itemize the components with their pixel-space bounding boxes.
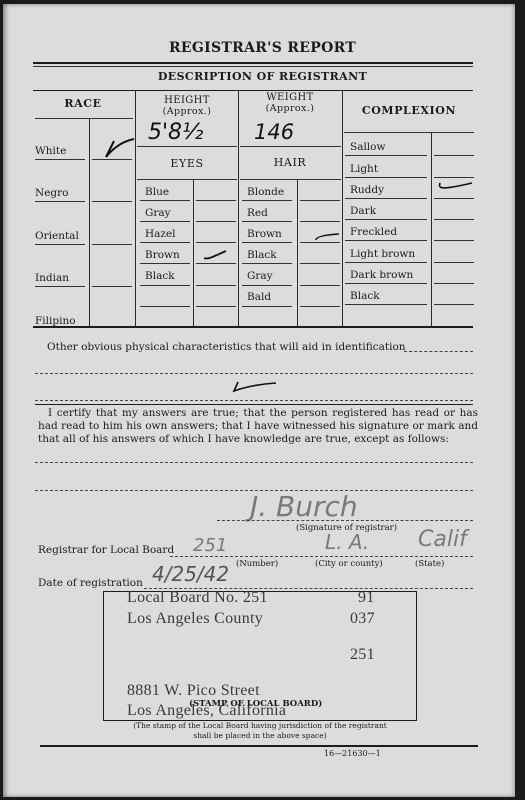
complexion-option-sallow: Sallow (350, 141, 385, 153)
stamp-line-2: Los Angeles County (127, 610, 263, 628)
complexion-check-rule (434, 198, 474, 199)
state-caption: (State) (415, 559, 444, 569)
eyes-header: EYES (137, 157, 237, 170)
section-subtitle: DESCRIPTION OF REGISTRANT (0, 70, 525, 83)
hair-row-rule (242, 221, 292, 222)
eyes-row-rule (140, 200, 190, 201)
eyes-header-rule (137, 179, 237, 180)
table-top-rule (33, 90, 473, 91)
complexion-row-rule (345, 198, 427, 199)
title-rule-bottom (33, 66, 473, 67)
eyes-row-rule (140, 306, 190, 307)
complexion-check-rule (434, 240, 474, 241)
height-sub: (Approx.) (137, 106, 237, 117)
section-rule (35, 404, 473, 405)
hair-check-rule (300, 221, 340, 222)
complexion-option-black: Black (350, 290, 380, 302)
complexion-row-rule (345, 219, 427, 220)
divider-weight-complexion (342, 90, 343, 326)
complexion-header-rule (344, 132, 474, 133)
other-characteristics-line[interactable] (35, 373, 473, 374)
race-check-rule (92, 286, 132, 287)
race-row-rule (35, 159, 85, 160)
local-board-label: Registrar for Local Board (38, 544, 174, 557)
race-option-oriental: Oriental (35, 230, 79, 242)
stamp-code-1: 91 (358, 589, 375, 607)
divider-complexion-check (431, 132, 432, 326)
complexion-row-rule (345, 283, 427, 284)
eyes-option-black: Black (145, 270, 175, 282)
weight-value-rule (240, 146, 341, 147)
weight-header: WEIGHT (240, 92, 340, 103)
complexion-option-light-brown: Light brown (350, 248, 415, 260)
height-value-rule (137, 146, 237, 147)
eyes-check-rule (196, 221, 236, 222)
eyes-row-rule (140, 221, 190, 222)
complexion-row-rule (345, 155, 427, 156)
stamp-line-1: Local Board No. 251 (127, 589, 268, 607)
stamp-line-3: 8881 W. Pico Street (127, 682, 260, 700)
exceptions-line[interactable] (35, 462, 473, 463)
form-number: 16—21630—1 (324, 749, 381, 758)
height-header: HEIGHT (137, 95, 237, 106)
race-check-rule (92, 201, 132, 202)
stamp-note-2: shall be placed in the above space) (96, 731, 424, 740)
hair-header-rule (240, 179, 341, 180)
race-row-rule (35, 201, 85, 202)
hair-row-rule (242, 306, 292, 307)
other-characteristics-line[interactable] (404, 351, 473, 352)
eyes-option-blue: Blue (145, 186, 169, 198)
eyes-check-rule (196, 200, 236, 201)
divider-race-check (89, 118, 90, 326)
table-bottom-rule (33, 326, 473, 328)
other-characteristics-line[interactable] (35, 400, 473, 401)
other-characteristics-label: Other obvious physical characteristics t… (47, 341, 406, 354)
hair-check-rule (300, 306, 340, 307)
complexion-row-rule (345, 177, 427, 178)
race-option-negro: Negro (35, 187, 68, 199)
hair-option-bald: Bald (247, 291, 271, 303)
race-row-rule (35, 244, 85, 245)
stamp-note-1: (The stamp of the Local Board having jur… (96, 721, 424, 730)
complexion-check-rule (434, 219, 474, 220)
complexion-row-rule (345, 240, 427, 241)
check-mark-icon[interactable] (232, 378, 278, 394)
divider-hair-check (297, 179, 298, 326)
hair-row-rule (242, 242, 292, 243)
race-check-rule (92, 244, 132, 245)
hair-option-red: Red (247, 207, 268, 219)
check-mark-icon[interactable] (313, 229, 341, 243)
hair-option-brown: Brown (247, 228, 282, 240)
complexion-row-rule (345, 262, 427, 263)
complexion-check-rule (434, 304, 474, 305)
check-mark-icon[interactable] (202, 248, 228, 262)
local-board-number[interactable]: 251 (193, 535, 227, 556)
height-value[interactable]: 5'8½ (148, 120, 203, 145)
hair-check-rule (300, 263, 340, 264)
number-caption: (Number) (236, 559, 278, 569)
complexion-check-rule (434, 283, 474, 284)
registration-date-value[interactable]: 4/25/42 (152, 562, 229, 586)
divider-race-height (135, 90, 136, 326)
check-mark-icon[interactable] (436, 180, 474, 194)
eyes-check-rule (196, 285, 236, 286)
race-header: RACE (35, 97, 131, 110)
complexion-option-light: Light (350, 163, 378, 175)
check-mark-icon[interactable] (100, 135, 136, 161)
eyes-row-rule (140, 242, 190, 243)
city-caption: (City or county) (315, 559, 383, 569)
complexion-check-rule (434, 262, 474, 263)
weight-sub: (Approx.) (240, 103, 340, 114)
hair-header: HAIR (240, 156, 340, 169)
complexion-row-rule (345, 304, 427, 305)
complexion-check-rule (434, 177, 474, 178)
title-rule-top (33, 62, 473, 64)
local-board-city[interactable]: L. A. (325, 530, 369, 554)
complexion-option-dark-brown: Dark brown (350, 269, 413, 281)
eyes-option-hazel: Hazel (145, 228, 176, 240)
footer-rule (40, 745, 478, 747)
hair-option-gray: Gray (247, 270, 273, 282)
hair-row-rule (242, 285, 292, 286)
local-board-line[interactable] (170, 556, 473, 557)
eyes-row-rule (140, 285, 190, 286)
local-board-state[interactable]: Calif (418, 527, 467, 552)
hair-option-blonde: Blonde (247, 186, 284, 198)
hair-option-black: Black (247, 249, 277, 261)
race-row-rule (35, 286, 85, 287)
race-option-white: White (35, 145, 66, 157)
page-title: REGISTRAR'S REPORT (0, 40, 525, 56)
stamp-caption: (STAMP OF LOCAL BOARD) (189, 699, 322, 709)
eyes-check-rule (196, 306, 236, 307)
divider-height-weight (238, 90, 239, 326)
signature-line[interactable] (217, 520, 473, 521)
weight-value[interactable]: 146 (254, 120, 294, 144)
hair-row-rule (242, 200, 292, 201)
eyes-option-brown: Brown (145, 249, 180, 261)
registrar-signature[interactable]: J. Burch (250, 490, 358, 523)
complexion-option-dark: Dark (350, 205, 376, 217)
eyes-option-gray: Gray (145, 207, 171, 219)
eyes-row-rule (140, 263, 190, 264)
race-header-rule (35, 118, 133, 119)
divider-eyes-check (193, 179, 194, 326)
race-option-indian: Indian (35, 272, 69, 284)
eyes-check-rule (196, 263, 236, 264)
complexion-option-freckled: Freckled (350, 226, 397, 238)
eyes-check-rule (196, 242, 236, 243)
complexion-option-ruddy: Ruddy (350, 184, 384, 196)
hair-check-rule (300, 285, 340, 286)
complexion-header: COMPLEXION (344, 104, 474, 117)
stamp-code-2: 037 (350, 610, 375, 628)
hair-row-rule (242, 263, 292, 264)
stamp-code-3: 251 (350, 646, 375, 664)
complexion-check-rule (434, 155, 474, 156)
hair-check-rule (300, 200, 340, 201)
certification-text: I certify that my answers are true; that… (38, 407, 478, 446)
